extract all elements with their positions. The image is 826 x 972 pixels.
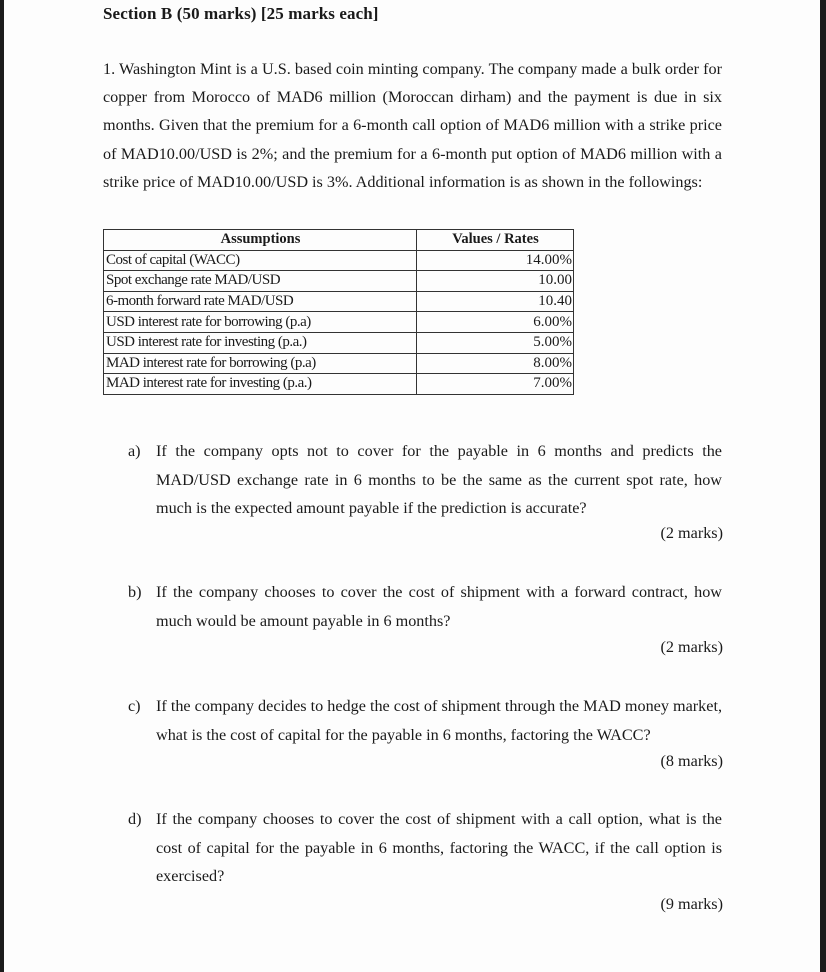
subquestion-a-marks: (2 marks) [661, 524, 723, 543]
subquestion-text: If the company decides to hedge the cost… [156, 692, 722, 749]
subquestion-letter: c) [128, 692, 141, 721]
subquestion-c-marks: (8 marks) [661, 752, 723, 771]
assumption-label: USD interest rate for investing (p.a.) [104, 332, 417, 353]
subquestion-d-marks: (9 marks) [661, 895, 723, 914]
assumption-value: 6.00% [417, 312, 574, 333]
subquestion-text: If the company chooses to cover the cost… [156, 578, 722, 635]
assumption-value: 10.40 [417, 291, 574, 312]
assumption-value: 10.00 [417, 271, 574, 292]
subquestion-letter: a) [128, 437, 141, 466]
column-header-values: Values / Rates [417, 230, 574, 251]
question-intro-text: 1. Washington Mint is a U.S. based coin … [103, 55, 722, 196]
subquestion-c: c) If the company decides to hedge the c… [128, 692, 722, 749]
assumption-value: 14.00% [417, 250, 574, 271]
table-row: Spot exchange rate MAD/USD 10.00 [104, 271, 574, 292]
subquestion-a: a) If the company opts not to cover for … [128, 437, 722, 523]
assumption-label: USD interest rate for borrowing (p.a) [104, 312, 417, 333]
table-row: USD interest rate for investing (p.a.) 5… [104, 332, 574, 353]
column-header-assumptions: Assumptions [104, 230, 417, 251]
assumption-label: Cost of capital (WACC) [104, 250, 417, 271]
table-row: USD interest rate for borrowing (p.a) 6.… [104, 312, 574, 333]
assumption-value: 5.00% [417, 332, 574, 353]
subquestion-letter: d) [128, 805, 141, 834]
table-header-row: Assumptions Values / Rates [104, 230, 574, 251]
subquestion-b: b) If the company chooses to cover the c… [128, 578, 722, 635]
assumption-value: 7.00% [417, 374, 574, 395]
table-row: MAD interest rate for borrowing (p.a) 8.… [104, 353, 574, 374]
table-row: Cost of capital (WACC) 14.00% [104, 250, 574, 271]
subquestion-text: If the company chooses to cover the cost… [156, 805, 722, 891]
table-row: 6-month forward rate MAD/USD 10.40 [104, 291, 574, 312]
assumption-label: Spot exchange rate MAD/USD [104, 271, 417, 292]
document-page: Section B (50 marks) [25 marks each] 1. … [4, 0, 820, 972]
subquestion-letter: b) [128, 578, 141, 607]
subquestion-text: If the company opts not to cover for the… [156, 437, 722, 523]
subquestion-b-marks: (2 marks) [661, 638, 723, 657]
question-intro: 1. Washington Mint is a U.S. based coin … [103, 55, 722, 196]
assumption-label: 6-month forward rate MAD/USD [104, 291, 417, 312]
table-row: MAD interest rate for investing (p.a.) 7… [104, 374, 574, 395]
section-title: Section B (50 marks) [25 marks each] [103, 4, 379, 24]
subquestion-d: d) If the company chooses to cover the c… [128, 805, 722, 891]
assumption-label: MAD interest rate for investing (p.a.) [104, 374, 417, 395]
assumption-label: MAD interest rate for borrowing (p.a) [104, 353, 417, 374]
assumptions-table: Assumptions Values / Rates Cost of capit… [103, 229, 574, 395]
assumption-value: 8.00% [417, 353, 574, 374]
